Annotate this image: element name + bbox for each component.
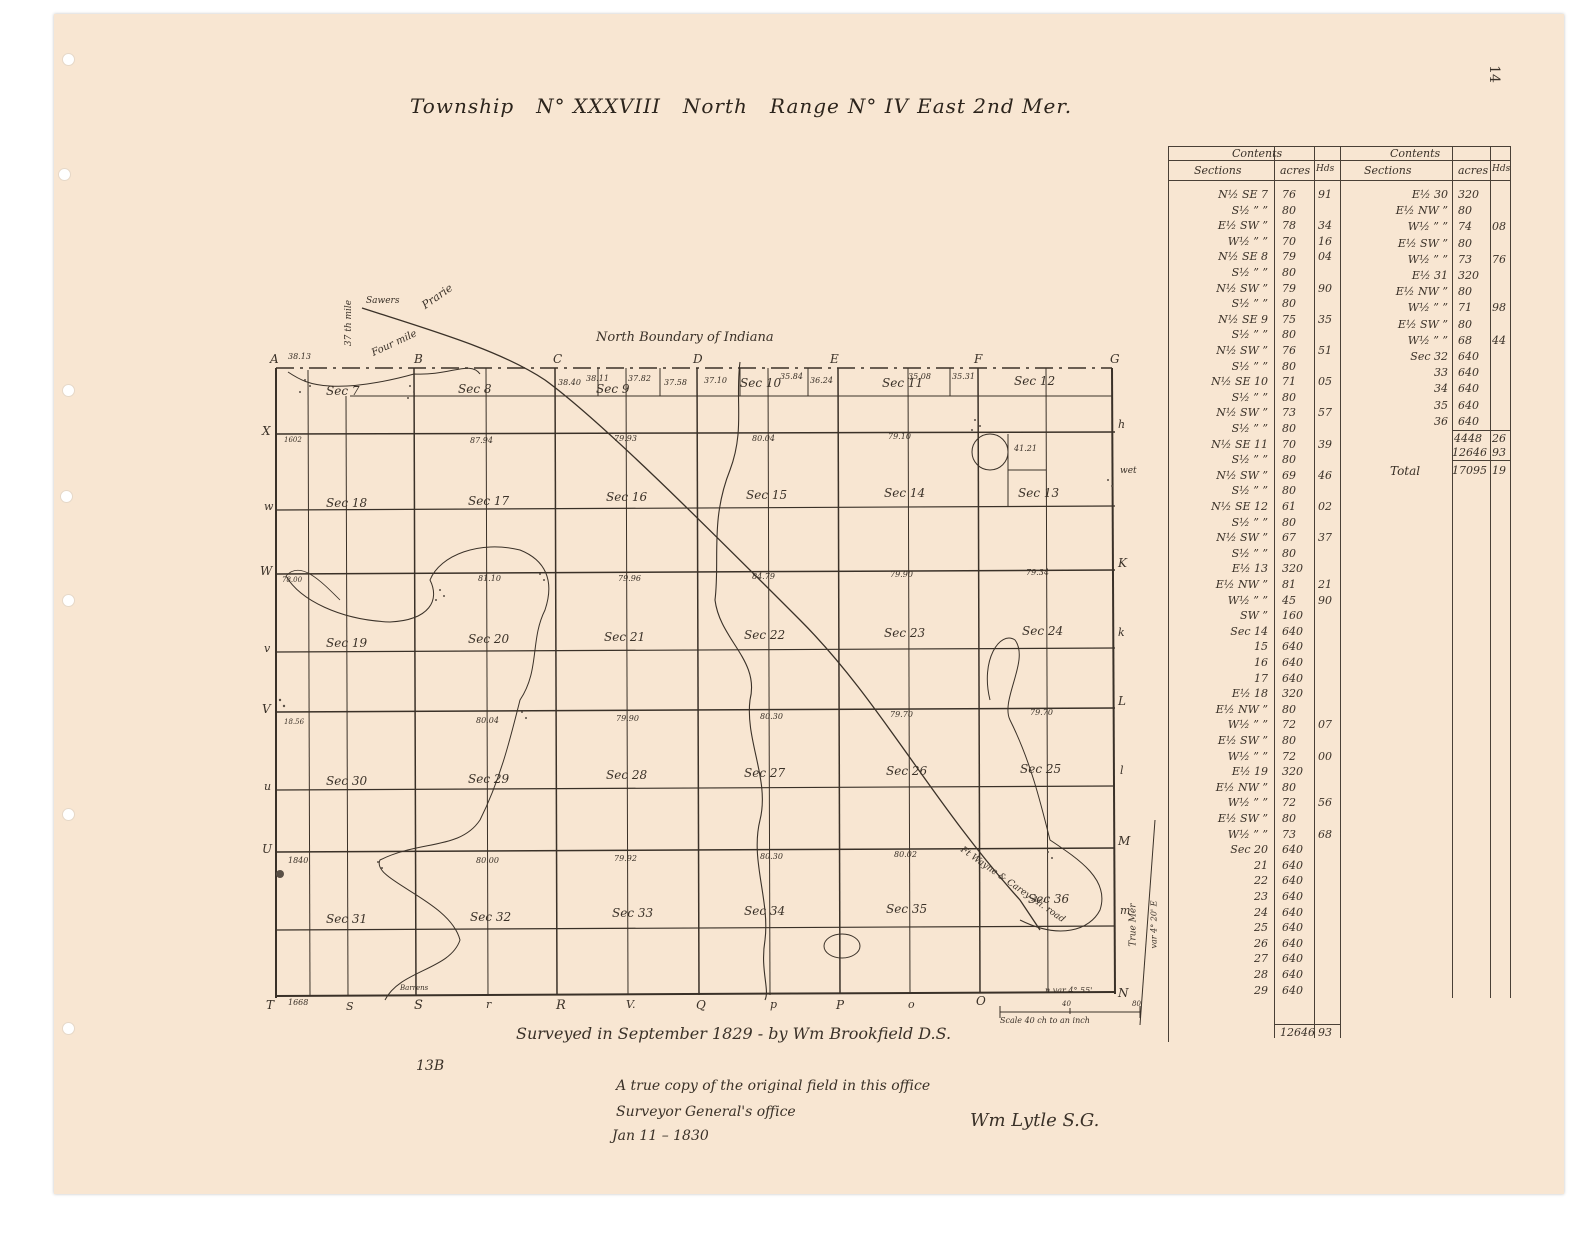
section-26: Sec 26 — [886, 764, 927, 778]
corner-X: X — [262, 424, 271, 438]
corner-U: U — [262, 842, 272, 856]
frac-3: 37.58 — [664, 378, 687, 387]
corner-V: V — [262, 702, 271, 716]
contents-left-section: S½ ” ” — [1168, 453, 1268, 466]
section-21: Sec 21 — [604, 630, 645, 644]
contents-right-acres: 640 — [1458, 366, 1479, 379]
corner-v: V. — [626, 998, 636, 1011]
corner-R: R — [556, 998, 566, 1013]
contents-right-acres: 640 — [1458, 382, 1479, 395]
total-acres: 17095 — [1452, 464, 1487, 477]
corner-G: G — [1110, 352, 1120, 366]
corner-S: S — [414, 998, 423, 1013]
contents-left-section: N½ SE 11 — [1168, 438, 1268, 451]
contents-left-section: N½ SW ” — [1168, 344, 1268, 357]
corner-T: T — [266, 998, 274, 1012]
section-30: Sec 30 — [326, 774, 367, 788]
measure-w-left: 78.00 — [282, 576, 302, 584]
contents-right-section: E½ NW ” — [1344, 285, 1448, 298]
contents-left-section: N½ SE 7 — [1168, 188, 1268, 201]
contents-left-hds: 91 — [1318, 188, 1332, 201]
contents-left-hds: 04 — [1318, 250, 1332, 263]
contents-left-acres: 640 — [1282, 968, 1303, 981]
contents-left-acres: 61 — [1282, 500, 1296, 513]
col-acres-left: acres — [1280, 164, 1310, 177]
contents-left-hds: 56 — [1318, 796, 1332, 809]
n-var-label: n var 4° 55' — [1045, 986, 1092, 995]
corner-P: P — [836, 998, 844, 1012]
right-subtotal-2-acres: 12646 — [1452, 446, 1487, 459]
frac-1: 38.11 — [586, 374, 609, 383]
contents-left-section: 26 — [1168, 937, 1268, 950]
section-34: Sec 34 — [744, 904, 785, 918]
contents-left-section: 24 — [1168, 906, 1268, 919]
left-total-hds: 93 — [1318, 1026, 1332, 1039]
frac-7: 35.08 — [908, 372, 931, 381]
measure-v-left: 18.56 — [284, 718, 304, 726]
contents-right-section: E½ 31 — [1344, 269, 1448, 282]
corner-u: u — [264, 780, 271, 793]
corner-N: N — [1118, 986, 1129, 1000]
contents-left-section: S½ ” ” — [1168, 328, 1268, 341]
measure-r2-0: 81.10 — [478, 574, 501, 583]
contents-left-acres: 640 — [1282, 952, 1303, 965]
measure-r1-4: 41.21 — [1014, 444, 1037, 453]
section-12: Sec 12 — [1014, 374, 1055, 388]
contents-left-acres: 81 — [1282, 578, 1296, 591]
contents-left-acres: 640 — [1282, 640, 1303, 653]
section-35: Sec 35 — [886, 902, 927, 916]
contents-right-section: E½ NW ” — [1344, 204, 1448, 217]
contents-right-hds: 76 — [1492, 253, 1506, 266]
corner-M: M — [1118, 834, 1130, 848]
contents-left-acres: 640 — [1282, 984, 1303, 997]
corner-L: L — [1118, 694, 1126, 708]
section-27: Sec 27 — [744, 766, 785, 780]
section-32: Sec 32 — [470, 910, 511, 924]
surveyor-general-signature: Wm Lytle S.G. — [970, 1110, 1099, 1131]
contents-left-section: N½ SW ” — [1168, 282, 1268, 295]
contents-right-section: W½ ” ” — [1344, 301, 1448, 314]
col-sections-left: Sections — [1194, 164, 1242, 177]
contents-right-acres: 68 — [1458, 334, 1472, 347]
contents-right-hds: 44 — [1492, 334, 1506, 347]
measure-a-top: 38.13 — [288, 352, 311, 361]
contents-left-section: N½ SE 10 — [1168, 375, 1268, 388]
contents-left-section: W½ ” ” — [1168, 594, 1268, 607]
contents-left-acres: 79 — [1282, 250, 1296, 263]
contents-left-section: W½ ” ” — [1168, 235, 1268, 248]
contents-left-section: E½ SW ” — [1168, 734, 1268, 747]
frac-4: 37.10 — [704, 376, 727, 385]
contents-left-section: N½ SE 9 — [1168, 313, 1268, 326]
measure-r2-3: 79.90 — [890, 570, 913, 579]
right-subtotal-2-hds: 93 — [1492, 446, 1506, 459]
contents-left-section: N½ SW ” — [1168, 531, 1268, 544]
measure-r1-3: 79.10 — [888, 432, 911, 441]
section-19: Sec 19 — [326, 636, 367, 650]
contents-right-acres: 640 — [1458, 415, 1479, 428]
measure-t-bottom: 1668 — [288, 998, 308, 1007]
north-boundary-label: North Boundary of Indiana — [596, 330, 774, 345]
contents-left-section: S½ ” ” — [1168, 266, 1268, 279]
measure-r3-4: 79.70 — [1030, 708, 1053, 717]
contents-left-acres: 80 — [1282, 422, 1296, 435]
contents-left-hds: 35 — [1318, 313, 1332, 326]
wet-label: wet — [1120, 466, 1137, 476]
contents-right-acres: 80 — [1458, 285, 1472, 298]
measure-r3-3: 79.70 — [890, 710, 913, 719]
section-29: Sec 29 — [468, 772, 509, 786]
contents-right-section: 33 — [1344, 366, 1448, 379]
contents-left-section: E½ 13 — [1168, 562, 1268, 575]
contents-left-acres: 640 — [1282, 672, 1303, 685]
contents-left-acres: 640 — [1282, 874, 1303, 887]
contents-left-acres: 76 — [1282, 344, 1296, 357]
certification-date: Jan 11 – 1830 — [612, 1128, 709, 1144]
contents-right-hds: 98 — [1492, 301, 1506, 314]
section-31: Sec 31 — [326, 912, 367, 926]
section-9: Sec 9 — [596, 382, 630, 396]
contents-left-acres: 71 — [1282, 375, 1296, 388]
contents-right-section: 34 — [1344, 382, 1448, 395]
contents-left-hds: 00 — [1318, 750, 1332, 763]
certification-line-2: Surveyor General's office — [616, 1104, 796, 1120]
contents-left-acres: 80 — [1282, 328, 1296, 341]
frac-0: 38.40 — [558, 378, 581, 387]
contents-left-section: S½ ” ” — [1168, 360, 1268, 373]
contents-left-hds: 02 — [1318, 500, 1332, 513]
contents-right-section: Sec 32 — [1344, 350, 1448, 363]
reference-number: 13B — [416, 1058, 444, 1074]
col-acres-right: acres — [1458, 164, 1488, 177]
scale-tick-80: 80 — [1132, 1000, 1141, 1008]
section-25: Sec 25 — [1020, 762, 1061, 776]
contents-left-section: W½ ” ” — [1168, 796, 1268, 809]
contents-left-section: E½ 18 — [1168, 687, 1268, 700]
contents-left-section: 27 — [1168, 952, 1268, 965]
contents-left-section: Sec 20 — [1168, 843, 1268, 856]
contents-left-acres: 80 — [1282, 781, 1296, 794]
contents-right-section: E½ SW ” — [1344, 318, 1448, 331]
contents-left-acres: 69 — [1282, 469, 1296, 482]
contents-right-section: 35 — [1344, 399, 1448, 412]
section-23: Sec 23 — [884, 626, 925, 640]
measure-r2-1: 79.96 — [618, 574, 641, 583]
contents-left-acres: 76 — [1282, 188, 1296, 201]
corner-s: S — [346, 1000, 354, 1013]
corner-h: h — [1118, 418, 1125, 431]
contents-left-hds: 05 — [1318, 375, 1332, 388]
col-sections-right: Sections — [1364, 164, 1412, 177]
contents-left-acres: 640 — [1282, 906, 1303, 919]
contents-left-acres: 640 — [1282, 921, 1303, 934]
section-14: Sec 14 — [884, 486, 925, 500]
contents-left-section: E½ SW ” — [1168, 812, 1268, 825]
corner-m: m — [1120, 904, 1130, 917]
contents-left-section: S½ ” ” — [1168, 204, 1268, 217]
measure-r1-1: 79.93 — [614, 434, 637, 443]
section-15: Sec 15 — [746, 488, 787, 502]
contents-left-hds: 90 — [1318, 282, 1332, 295]
contents-left-acres: 640 — [1282, 843, 1303, 856]
mile-37-label: 37 th mile — [344, 300, 354, 346]
corner-Q: Q — [696, 998, 706, 1012]
frac-2: 37.82 — [628, 374, 651, 383]
contents-left-acres: 80 — [1282, 734, 1296, 747]
contents-left-acres: 80 — [1282, 547, 1296, 560]
corner-D: D — [693, 352, 703, 366]
contents-left-acres: 320 — [1282, 765, 1303, 778]
measure-u-left: 1840 — [288, 856, 308, 865]
contents-left-acres: 80 — [1282, 484, 1296, 497]
contents-left-hds: 39 — [1318, 438, 1332, 451]
contents-left-section: E½ SW ” — [1168, 219, 1268, 232]
frac-8: 35.31 — [952, 372, 975, 381]
section-28: Sec 28 — [606, 768, 647, 782]
scale-tick-40: 40 — [1062, 1000, 1071, 1008]
measure-r3-1: 79.90 — [616, 714, 639, 723]
contents-left-acres: 67 — [1282, 531, 1296, 544]
contents-right-acres: 80 — [1458, 237, 1472, 250]
contents-right-section: W½ ” ” — [1344, 220, 1448, 233]
section-7: Sec 7 — [326, 384, 360, 398]
ft-wayne-road — [362, 308, 1040, 930]
barrens-label: Barrens — [400, 984, 428, 992]
section-18: Sec 18 — [326, 496, 367, 510]
contents-left-acres: 320 — [1282, 687, 1303, 700]
contents-left-acres: 80 — [1282, 360, 1296, 373]
contents-left-section: E½ NW ” — [1168, 781, 1268, 794]
measure-r1-0: 87.94 — [470, 436, 493, 445]
contents-left-acres: 80 — [1282, 297, 1296, 310]
col-hds-right: Hds — [1492, 164, 1510, 174]
contents-header-left: Contents — [1232, 147, 1282, 160]
col-hds-left: Hds — [1316, 164, 1334, 174]
contents-left-section: SW ” — [1168, 609, 1268, 622]
contents-left-section: 16 — [1168, 656, 1268, 669]
right-subtotal-1-hds: 26 — [1492, 432, 1506, 445]
contents-left-section: 29 — [1168, 984, 1268, 997]
section-13: Sec 13 — [1018, 486, 1059, 500]
contents-left-acres: 78 — [1282, 219, 1296, 232]
contents-left-section: S½ ” ” — [1168, 547, 1268, 560]
section-17: Sec 17 — [468, 494, 509, 508]
measure-r2-4: 79.34 — [1026, 568, 1049, 577]
contents-right-acres: 80 — [1458, 204, 1472, 217]
contents-left-hds: 46 — [1318, 469, 1332, 482]
contents-left-acres: 80 — [1282, 204, 1296, 217]
contents-left-hds: 21 — [1318, 578, 1332, 591]
contents-right-acres: 640 — [1458, 399, 1479, 412]
measure-r3-0: 80.04 — [476, 716, 499, 725]
corner-r: r — [486, 998, 491, 1011]
contents-left-acres: 70 — [1282, 438, 1296, 451]
contents-left-section: E½ NW ” — [1168, 578, 1268, 591]
contents-left-section: W½ ” ” — [1168, 750, 1268, 763]
contents-left-acres: 80 — [1282, 453, 1296, 466]
contents-left-acres: 80 — [1282, 516, 1296, 529]
corner-E: E — [830, 352, 839, 366]
corner-W: W — [260, 564, 272, 578]
total-hds: 19 — [1492, 464, 1506, 477]
contents-left-section: S½ ” ” — [1168, 484, 1268, 497]
measure-r4-3: 80.02 — [894, 850, 917, 859]
contents-left-section: N½ SW ” — [1168, 469, 1268, 482]
contents-left-hds: 90 — [1318, 594, 1332, 607]
contents-right-acres: 80 — [1458, 318, 1472, 331]
contents-left-acres: 320 — [1282, 562, 1303, 575]
surveyed-note: Surveyed in September 1829 - by Wm Brook… — [516, 1024, 951, 1043]
contents-left-section: W½ ” ” — [1168, 828, 1268, 841]
contents-right-acres: 320 — [1458, 269, 1479, 282]
contents-left-section: S½ ” ” — [1168, 297, 1268, 310]
contents-left-acres: 640 — [1282, 890, 1303, 903]
section-22: Sec 22 — [744, 628, 785, 642]
contents-right-section: E½ SW ” — [1344, 237, 1448, 250]
contents-left-acres: 70 — [1282, 235, 1296, 248]
contents-right-acres: 640 — [1458, 350, 1479, 363]
measure-r4-1: 79.92 — [614, 854, 637, 863]
left-total-acres: 12646 — [1280, 1026, 1315, 1039]
contents-header-right: Contents — [1390, 147, 1440, 160]
contents-left-section: 23 — [1168, 890, 1268, 903]
contents-left-section: E½ NW ” — [1168, 703, 1268, 716]
contents-left-acres: 80 — [1282, 391, 1296, 404]
measure-x-left: 1602 — [284, 436, 302, 444]
right-subtotal-1-acres: 4448 — [1454, 432, 1482, 445]
contents-left-section: N½ SW ” — [1168, 406, 1268, 419]
contents-right-acres: 73 — [1458, 253, 1472, 266]
contents-right-section: 36 — [1344, 415, 1448, 428]
section-8: Sec 8 — [458, 382, 492, 396]
contents-left-section: E½ 19 — [1168, 765, 1268, 778]
contents-left-section: N½ SE 8 — [1168, 250, 1268, 263]
corner-o: o — [908, 998, 915, 1011]
contents-left-section: S½ ” ” — [1168, 422, 1268, 435]
contents-left-acres: 72 — [1282, 750, 1296, 763]
contents-left-hds: 34 — [1318, 219, 1332, 232]
certification-line-1: A true copy of the original field in thi… — [616, 1078, 930, 1094]
measure-r4-0: 80.00 — [476, 856, 499, 865]
section-10: Sec 10 — [740, 376, 781, 390]
contents-left-hds: 68 — [1318, 828, 1332, 841]
contents-right-acres: 71 — [1458, 301, 1472, 314]
corner-K: K — [1118, 556, 1127, 570]
contents-left-acres: 72 — [1282, 718, 1296, 731]
corner-w: w — [264, 500, 273, 513]
contents-left-section: S½ ” ” — [1168, 391, 1268, 404]
section-24: Sec 24 — [1022, 624, 1063, 638]
contents-left-acres: 75 — [1282, 313, 1296, 326]
section-36: Sec 36 — [1028, 892, 1069, 906]
measure-r1-2: 80.04 — [752, 434, 775, 443]
frac-6: 36.24 — [810, 376, 833, 385]
frac-5: 35.84 — [780, 372, 803, 381]
contents-left-hds: 37 — [1318, 531, 1332, 544]
section-20: Sec 20 — [468, 632, 509, 646]
contents-left-hds: 51 — [1318, 344, 1332, 357]
corner-C: C — [553, 352, 562, 366]
measure-r4-2: 80.30 — [760, 852, 783, 861]
contents-left-section: 21 — [1168, 859, 1268, 872]
contents-left-section: N½ SE 12 — [1168, 500, 1268, 513]
corner-v-left: v — [264, 642, 270, 655]
contents-table: Contents Contents Sections acres Hds Sec… — [1168, 146, 1510, 1038]
scale-label: Scale 40 ch to an inch — [1000, 1016, 1090, 1025]
measure-r2-2: 84.79 — [752, 572, 775, 581]
contents-left-hds: 57 — [1318, 406, 1332, 419]
corner-O: O — [976, 994, 986, 1008]
contents-left-hds: 07 — [1318, 718, 1332, 731]
contents-left-section: 28 — [1168, 968, 1268, 981]
section-16: Sec 16 — [606, 490, 647, 504]
contents-right-section: W½ ” ” — [1344, 334, 1448, 347]
section-33: Sec 33 — [612, 906, 653, 920]
corner-l: l — [1120, 764, 1124, 777]
contents-left-section: Sec 14 — [1168, 625, 1268, 638]
total-label: Total — [1390, 464, 1420, 478]
corner-B: B — [414, 352, 423, 366]
contents-left-section: 25 — [1168, 921, 1268, 934]
contents-left-acres: 80 — [1282, 703, 1296, 716]
contents-left-acres: 73 — [1282, 828, 1296, 841]
var-label: var 4° 20' E — [1150, 900, 1159, 948]
corner-A: A — [270, 352, 279, 366]
contents-left-section: S½ ” ” — [1168, 516, 1268, 529]
contents-left-hds: 16 — [1318, 235, 1332, 248]
contents-right-hds: 08 — [1492, 220, 1506, 233]
contents-left-acres: 640 — [1282, 937, 1303, 950]
contents-left-section: 15 — [1168, 640, 1268, 653]
corner-p: p — [770, 998, 777, 1011]
contents-right-acres: 320 — [1458, 188, 1479, 201]
contents-right-section: E½ 30 — [1344, 188, 1448, 201]
contents-left-acres: 72 — [1282, 796, 1296, 809]
corner-k: k — [1118, 626, 1125, 639]
measure-r3-2: 80.30 — [760, 712, 783, 721]
contents-left-acres: 160 — [1282, 609, 1303, 622]
contents-left-acres: 45 — [1282, 594, 1296, 607]
contents-left-acres: 80 — [1282, 812, 1296, 825]
contents-left-acres: 80 — [1282, 266, 1296, 279]
contents-left-acres: 640 — [1282, 625, 1303, 638]
contents-right-acres: 74 — [1458, 220, 1472, 233]
contents-left-acres: 640 — [1282, 656, 1303, 669]
contents-left-acres: 79 — [1282, 282, 1296, 295]
contents-left-section: 17 — [1168, 672, 1268, 685]
contents-left-acres: 640 — [1282, 859, 1303, 872]
sawers-label: Sawers — [366, 296, 399, 306]
contents-right-section: W½ ” ” — [1344, 253, 1448, 266]
contents-left-section: 22 — [1168, 874, 1268, 887]
contents-left-section: W½ ” ” — [1168, 718, 1268, 731]
corner-F: F — [974, 352, 982, 366]
contents-left-acres: 73 — [1282, 406, 1296, 419]
